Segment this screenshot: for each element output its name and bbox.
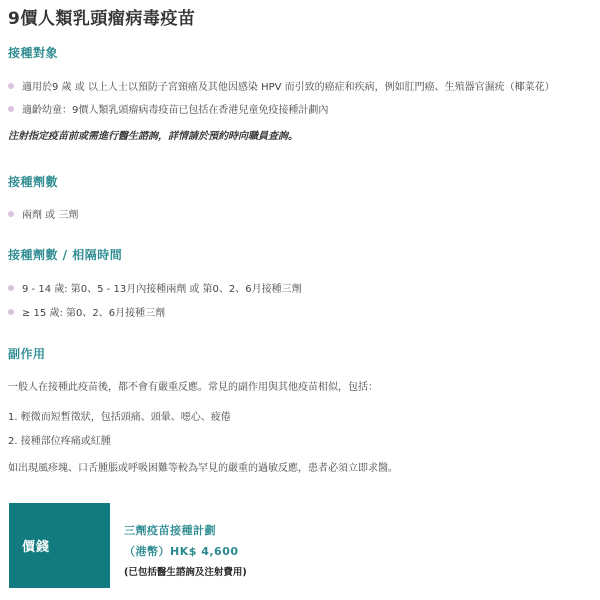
- price-label: 價錢: [22, 536, 50, 555]
- bullet-icon: [8, 83, 14, 89]
- side-effect-item: 1. 輕微而短暫徵狀，包括頭痛、頭暈、噁心、疲倦: [8, 408, 231, 423]
- section-heading-side-effects: 副作用: [8, 345, 46, 362]
- plan-note: (已包括醫生諮詢及注射費用): [124, 564, 247, 578]
- section-heading-doses: 接種劑數: [8, 173, 58, 190]
- list-item-text: 兩劑 或 三劑: [22, 206, 78, 221]
- bullet-icon: [8, 106, 14, 112]
- list-item: 9 - 14 歲: 第0、5 - 13月內接種兩劑 或 第0、2、6月接種三劑: [8, 280, 302, 295]
- page-title: 9價人類乳頭瘤病毒疫苗: [8, 4, 195, 29]
- allergy-warning: 如出現風疹塊、口舌腫脹或呼吸困難等較為罕見的嚴重的過敏反應，患者必須立即求醫。: [8, 459, 398, 474]
- list-item-text: ≥ 15 歲: 第0、2、6月接種三劑: [22, 304, 165, 319]
- bullet-icon: [8, 285, 14, 291]
- bullet-icon: [8, 309, 14, 315]
- consultation-note: 注射指定疫苗前或需進行醫生諮詢，詳情請於預約時向職員查詢。: [8, 127, 298, 142]
- list-item: ≥ 15 歲: 第0、2、6月接種三劑: [8, 304, 165, 319]
- list-item: 適齡幼童：9價人類乳頭瘤病毒疫苗已包括在香港兒童免疫接種計劃內: [8, 101, 328, 116]
- list-item: 兩劑 或 三劑: [8, 206, 78, 221]
- list-item-text: 9 - 14 歲: 第0、5 - 13月內接種兩劑 或 第0、2、6月接種三劑: [22, 280, 302, 295]
- section-heading-target-group: 接種對象: [8, 44, 58, 61]
- section-heading-schedule: 接種劑數 / 相隔時間: [8, 246, 122, 263]
- plan-name: 三劑疫苗接種計劃: [124, 522, 247, 538]
- side-effect-item: 2. 接種部位疼痛或紅腫: [8, 432, 111, 447]
- price-info: 三劑疫苗接種計劃 （港幣）HK$ 4,600 (已包括醫生諮詢及注射費用): [124, 522, 247, 578]
- list-item: 適用於9 歲 或 以上人士以預防子宮頸癌及其他因感染 HPV 而引致的癌症和疾病…: [8, 78, 555, 93]
- list-item-text: 適齡幼童：9價人類乳頭瘤病毒疫苗已包括在香港兒童免疫接種計劃內: [22, 101, 328, 116]
- plan-price: （港幣）HK$ 4,600: [124, 543, 247, 559]
- side-effects-intro: 一般人在接種此疫苗後，都不會有嚴重反應。常見的副作用與其他疫苗相似，包括：: [8, 378, 378, 393]
- price-label-box: 價錢: [9, 503, 110, 588]
- list-item-text: 適用於9 歲 或 以上人士以預防子宮頸癌及其他因感染 HPV 而引致的癌症和疾病…: [22, 78, 555, 93]
- bullet-icon: [8, 211, 14, 217]
